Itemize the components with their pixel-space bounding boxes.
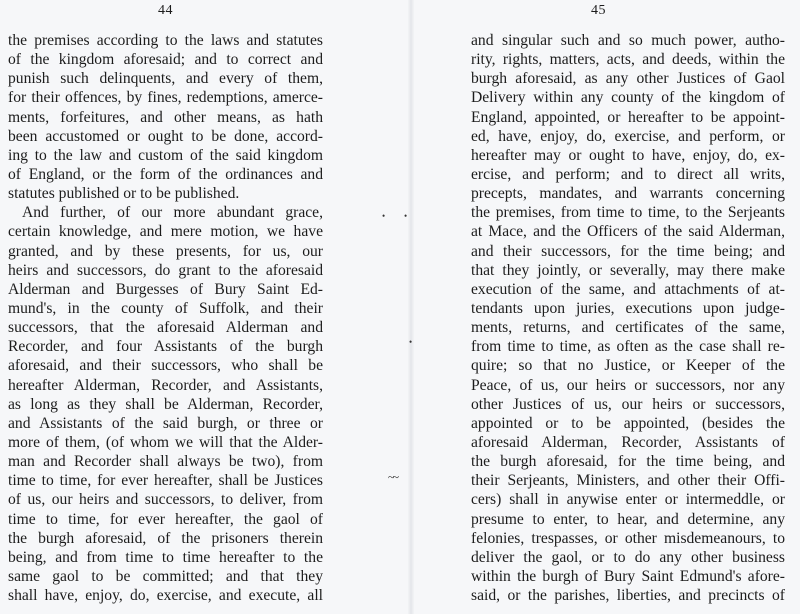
- ink-speck-mark: •: [382, 212, 385, 221]
- text-line: Delivery within any county of the kingdo…: [471, 88, 785, 107]
- text-line: at Mace, and the Officers of the said Al…: [471, 222, 785, 241]
- text-line: of the kingdom aforesaid; and to correct…: [8, 50, 323, 69]
- text-line: tendants upon juries, executions upon ju…: [471, 299, 785, 318]
- ink-speck-mark: •: [404, 212, 407, 221]
- text-line: felonies, trespasses, or other misdemean…: [471, 529, 785, 548]
- text-line: heirs and successors, do grant to the af…: [8, 261, 323, 280]
- page-text: and singular such and so much power, aut…: [471, 31, 785, 605]
- text-line: presume to enter, to hear, and determine…: [471, 510, 785, 529]
- ink-smudge-mark: ~~: [388, 473, 397, 482]
- text-line: within the burgh of Bury Saint Edmund's …: [471, 567, 785, 586]
- text-line: shall have, enjoy, do, exercise, and exe…: [8, 586, 323, 605]
- text-line: time to time, for ever hereafter, shall …: [8, 471, 323, 490]
- text-line: rity, rights, matters, acts, and deeds, …: [471, 50, 785, 69]
- text-line: Recorder, and four Assistants of the bur…: [8, 337, 323, 356]
- text-line: the premises according to the laws and s…: [8, 31, 323, 50]
- text-line: more of them, (of whom we will that the …: [8, 433, 323, 452]
- text-line: and singular such and so much power, aut…: [471, 31, 785, 50]
- text-line: the premises, from time to time, to the …: [471, 203, 785, 222]
- page-number: 45: [441, 3, 756, 19]
- text-line: of us, our heirs and successors, to deli…: [8, 490, 323, 509]
- text-line: said, or the parishes, liberties, and pr…: [471, 586, 785, 605]
- text-line: successors, that the aforesaid Alderman …: [8, 318, 323, 337]
- text-line: statutes published or to be published.: [8, 184, 323, 203]
- text-line: ments, forfeitures, and other means, as …: [8, 108, 323, 127]
- ink-speck-mark: •: [409, 338, 412, 347]
- text-line: and their successors, for the time being…: [471, 242, 785, 261]
- text-line: other Justices of us, our heirs or succe…: [471, 395, 785, 414]
- text-line: of England, or the form of the ordinance…: [8, 165, 323, 184]
- text-line: England, appointed, or hereafter to be a…: [471, 108, 785, 127]
- text-line: hereafter Alderman, Recorder, and Assist…: [8, 376, 323, 395]
- text-line: been accustomed or ought to be done, acc…: [8, 127, 323, 146]
- text-line: ercise, and perform; and to direct all w…: [471, 165, 785, 184]
- page-text: the premises according to the laws and s…: [8, 31, 323, 605]
- text-line: granted, and by these presents, for us, …: [8, 242, 323, 261]
- paragraph-start-line: And further, of our more abundant grace,: [8, 203, 323, 222]
- text-line: burgh aforesaid, as any other Justices o…: [471, 69, 785, 88]
- text-line: from time to time, as often as the case …: [471, 337, 785, 356]
- text-line: quire; so that no Justice, or Keeper of …: [471, 356, 785, 375]
- text-line: man and Recorder shall always be two), f…: [8, 452, 323, 471]
- text-line: and Assistants of the said burgh, or thr…: [8, 414, 323, 433]
- text-line: punish such delinquents, and every of th…: [8, 69, 323, 88]
- text-line: ed, have, enjoy, do, exercise, and perfo…: [471, 127, 785, 146]
- text-line: certain knowledge, and mere motion, we h…: [8, 222, 323, 241]
- text-line: as long as they shall be Alderman, Recor…: [8, 395, 323, 414]
- text-line: being, and from time to time hereafter t…: [8, 548, 323, 567]
- text-line: time to time, for ever hereafter, the ga…: [8, 510, 323, 529]
- text-line: Peace, of us, our heirs or successors, n…: [471, 376, 785, 395]
- book-spread: 44 the premises according to the laws an…: [0, 0, 800, 614]
- text-line: execution of the same, and attachments o…: [471, 280, 785, 299]
- text-line: their Serjeants, Ministers, and other th…: [471, 471, 785, 490]
- text-line: aforesaid Alderman, Recorder, Assistants…: [471, 433, 785, 452]
- text-line: hereafter may or ought to have, enjoy, d…: [471, 146, 785, 165]
- text-line: Alderman and Burgesses of Bury Saint Ed-: [8, 280, 323, 299]
- text-line: ing to the law and custom of the said ki…: [8, 146, 323, 165]
- text-line: cers) shall in anywise enter or intermed…: [471, 490, 785, 509]
- text-line: the burgh aforesaid, for the time being,…: [471, 452, 785, 471]
- text-line: ments, returns, and certificates of the …: [471, 318, 785, 337]
- text-line: that they jointly, or severally, may the…: [471, 261, 785, 280]
- text-line: appointed or to be appointed, (besides t…: [471, 414, 785, 433]
- text-line: deliver the gaol, or to do any other bus…: [471, 548, 785, 567]
- text-line: mund's, in the county of Suffolk, and th…: [8, 299, 323, 318]
- right-page: 45 and singular such and so much power, …: [471, 0, 785, 614]
- text-line: for their offences, by fines, redemption…: [8, 88, 323, 107]
- page-gutter: [408, 0, 414, 614]
- page-number: 44: [8, 3, 323, 19]
- text-line: the burgh aforesaid, of the prisoners th…: [8, 529, 323, 548]
- text-line: precepts, mandates, and warrants concern…: [471, 184, 785, 203]
- left-page: 44 the premises according to the laws an…: [8, 0, 323, 614]
- text-line: aforesaid, and their successors, who sha…: [8, 356, 323, 375]
- text-line: same gaol to be committed; and that they: [8, 567, 323, 586]
